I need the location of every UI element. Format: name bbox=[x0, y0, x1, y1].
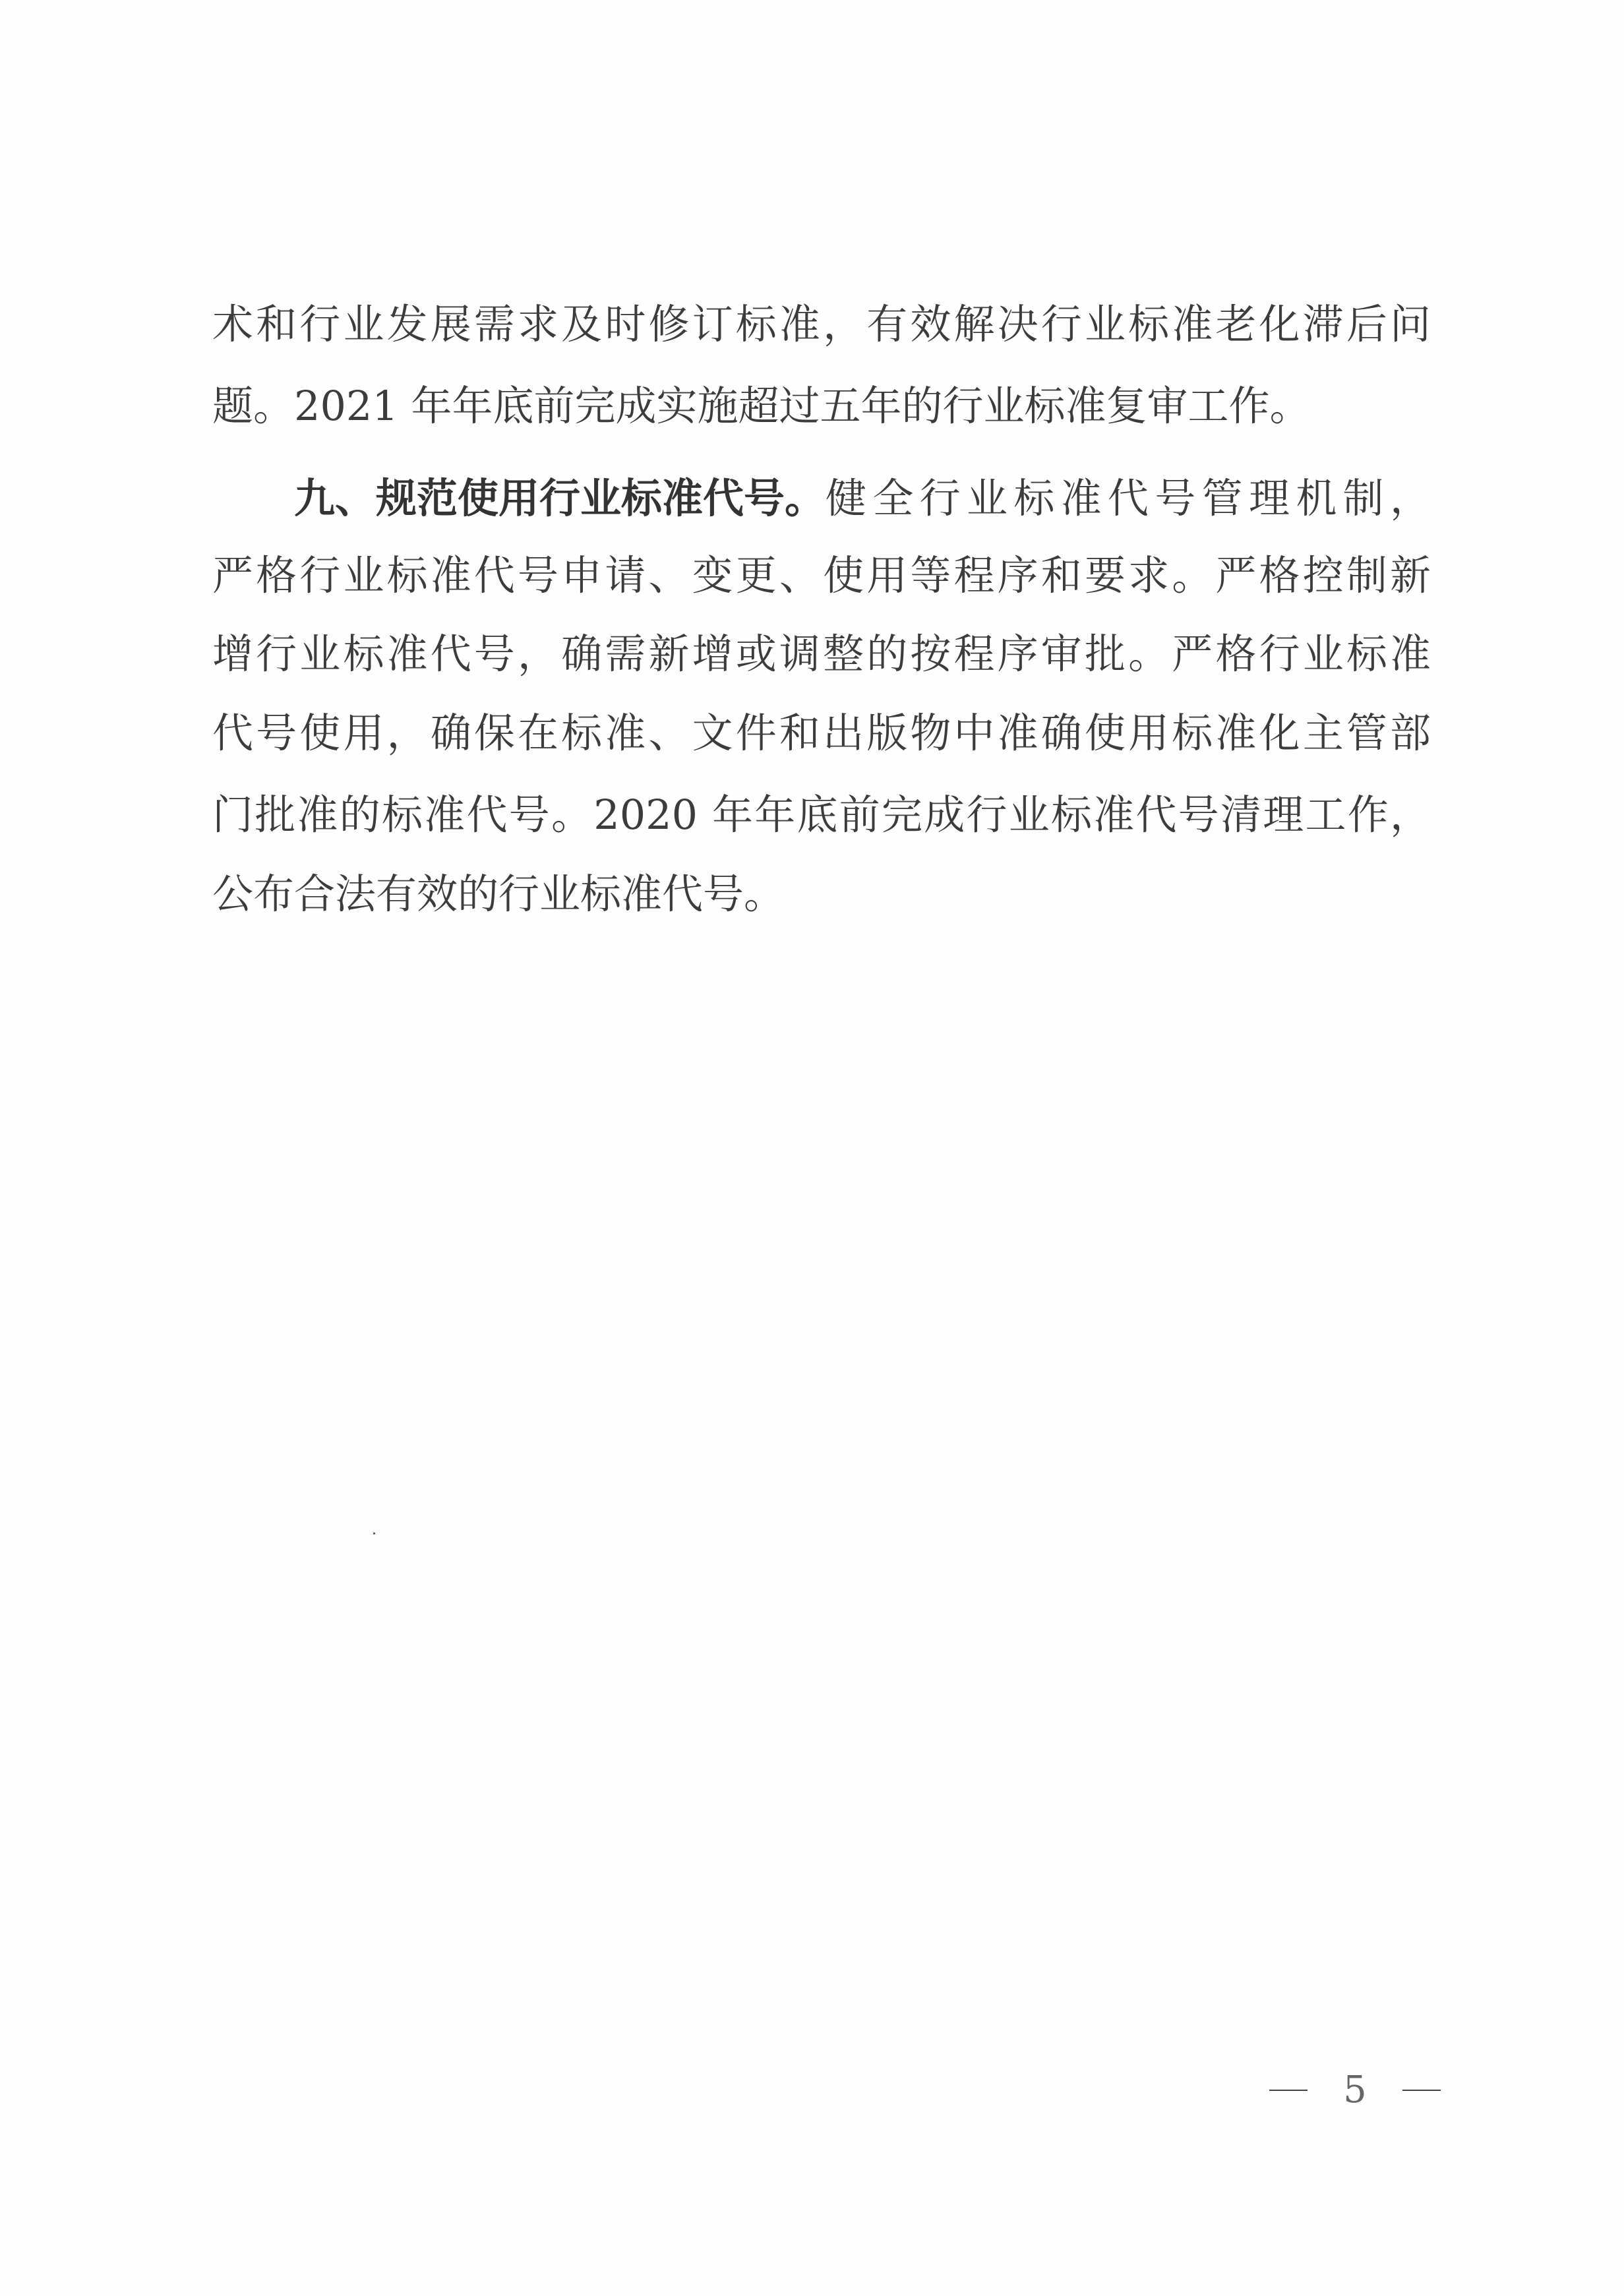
paragraph-line: 代号使用，确保在标准、文件和出版物中准确使用标准化主管部 bbox=[212, 707, 1431, 760]
right-dash bbox=[1402, 2090, 1441, 2091]
scan-artifact bbox=[373, 1532, 375, 1534]
section-heading: 九、规范使用行业标准代号。 bbox=[294, 472, 826, 525]
page-footer: 5 bbox=[1269, 2064, 1441, 2117]
document-page: 术和行业发展需求及时修订标准，有效解决行业标准老化滞后问 题。2021 年年底前… bbox=[0, 0, 1624, 2296]
paragraph-line: 术和行业发展需求及时修订标准，有效解决行业标准老化滞后问 bbox=[212, 298, 1431, 351]
section-heading-line: 九、规范使用行业标准代号。 健全行业标准代号管理机制， bbox=[294, 472, 1431, 525]
paragraph-line: 增行业标准代号，确需新增或调整的按程序审批。严格行业标准 bbox=[212, 628, 1431, 680]
paragraph-line: 题。2021 年年底前完成实施超过五年的行业标准复审工作。 bbox=[212, 380, 1431, 433]
left-dash bbox=[1269, 2090, 1308, 2091]
paragraph-line: 门批准的标准代号。2020 年年底前完成行业标准代号清理工作， bbox=[212, 789, 1431, 841]
page-number: 5 bbox=[1343, 2072, 1367, 2109]
paragraph-line: 严格行业标准代号申请、变更、使用等程序和要求。严格控制新 bbox=[212, 549, 1431, 602]
paragraph-line: 公布合法有效的行业标准代号。 bbox=[212, 868, 1431, 921]
section-heading-body: 健全行业标准代号管理机制， bbox=[826, 472, 1431, 525]
